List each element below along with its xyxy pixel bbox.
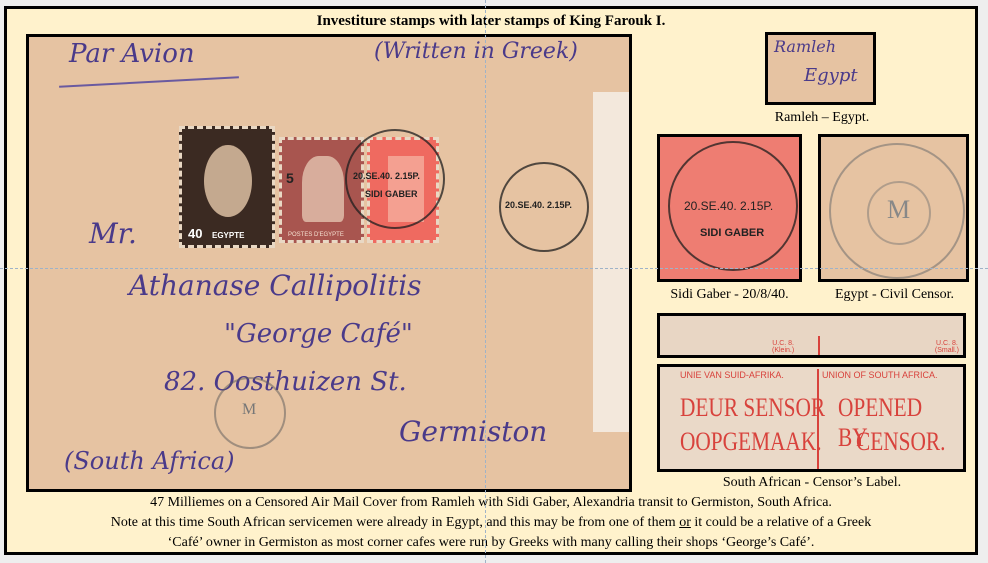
cover-image: Par Avion (Written in Greek) 40 EGYPTE 5… — [26, 34, 632, 492]
censor-label-main: UNIE VAN SUID-AFRIKA. UNION OF SOUTH AFR… — [657, 364, 966, 472]
censor-label-caption: South African - Censor’s Label. — [687, 475, 937, 491]
civil-censor-caption: Egypt - Civil Censor. — [812, 287, 977, 303]
handwriting-airmail: Par Avion — [69, 39, 195, 69]
sidi-gaber-detail: 20.SE.40. 2.15P. SIDI GABER — [657, 134, 802, 282]
civil-censor-detail: M — [818, 134, 969, 282]
postmark-sidi-gaber: 20.SE.40. 2.15P. SIDI GABER — [345, 129, 445, 229]
postmark-transit: 20.SE.40. 2.15P. — [499, 162, 589, 252]
handwriting-city: Germiston — [399, 415, 547, 448]
guide-line-horizontal — [0, 268, 988, 269]
censorship-mark: M — [214, 377, 286, 449]
ramleh-caption: Ramleh – Egypt. — [747, 110, 897, 126]
underline — [59, 76, 239, 87]
exhibit-page: Investiture stamps with later stamps of … — [4, 6, 978, 555]
handwriting-note: (Written in Greek) — [374, 39, 578, 64]
handwriting-name: Athanase Callipolitis — [129, 269, 422, 302]
stamp-40-mills: 40 EGYPTE — [179, 126, 275, 248]
guide-line-vertical — [485, 0, 486, 563]
handwriting-street: 82. Oosthuizen St. — [164, 367, 407, 397]
handwriting-business: "George Café" — [224, 319, 413, 349]
description: 47 Milliemes on a Censored Air Mail Cove… — [7, 493, 975, 553]
sidi-gaber-caption: Sidi Gaber - 20/8/40. — [647, 287, 812, 303]
censor-label-edge — [593, 92, 629, 432]
handwriting-country: (South Africa) — [64, 447, 235, 475]
handwriting-salutation: Mr. — [89, 217, 137, 250]
page-title: Investiture stamps with later stamps of … — [7, 13, 975, 30]
censor-label-top: U.C. 8.(Klein.) U.C. 8.(Small.) — [657, 313, 966, 358]
ramleh-detail: Ramleh Egypt — [765, 32, 876, 105]
